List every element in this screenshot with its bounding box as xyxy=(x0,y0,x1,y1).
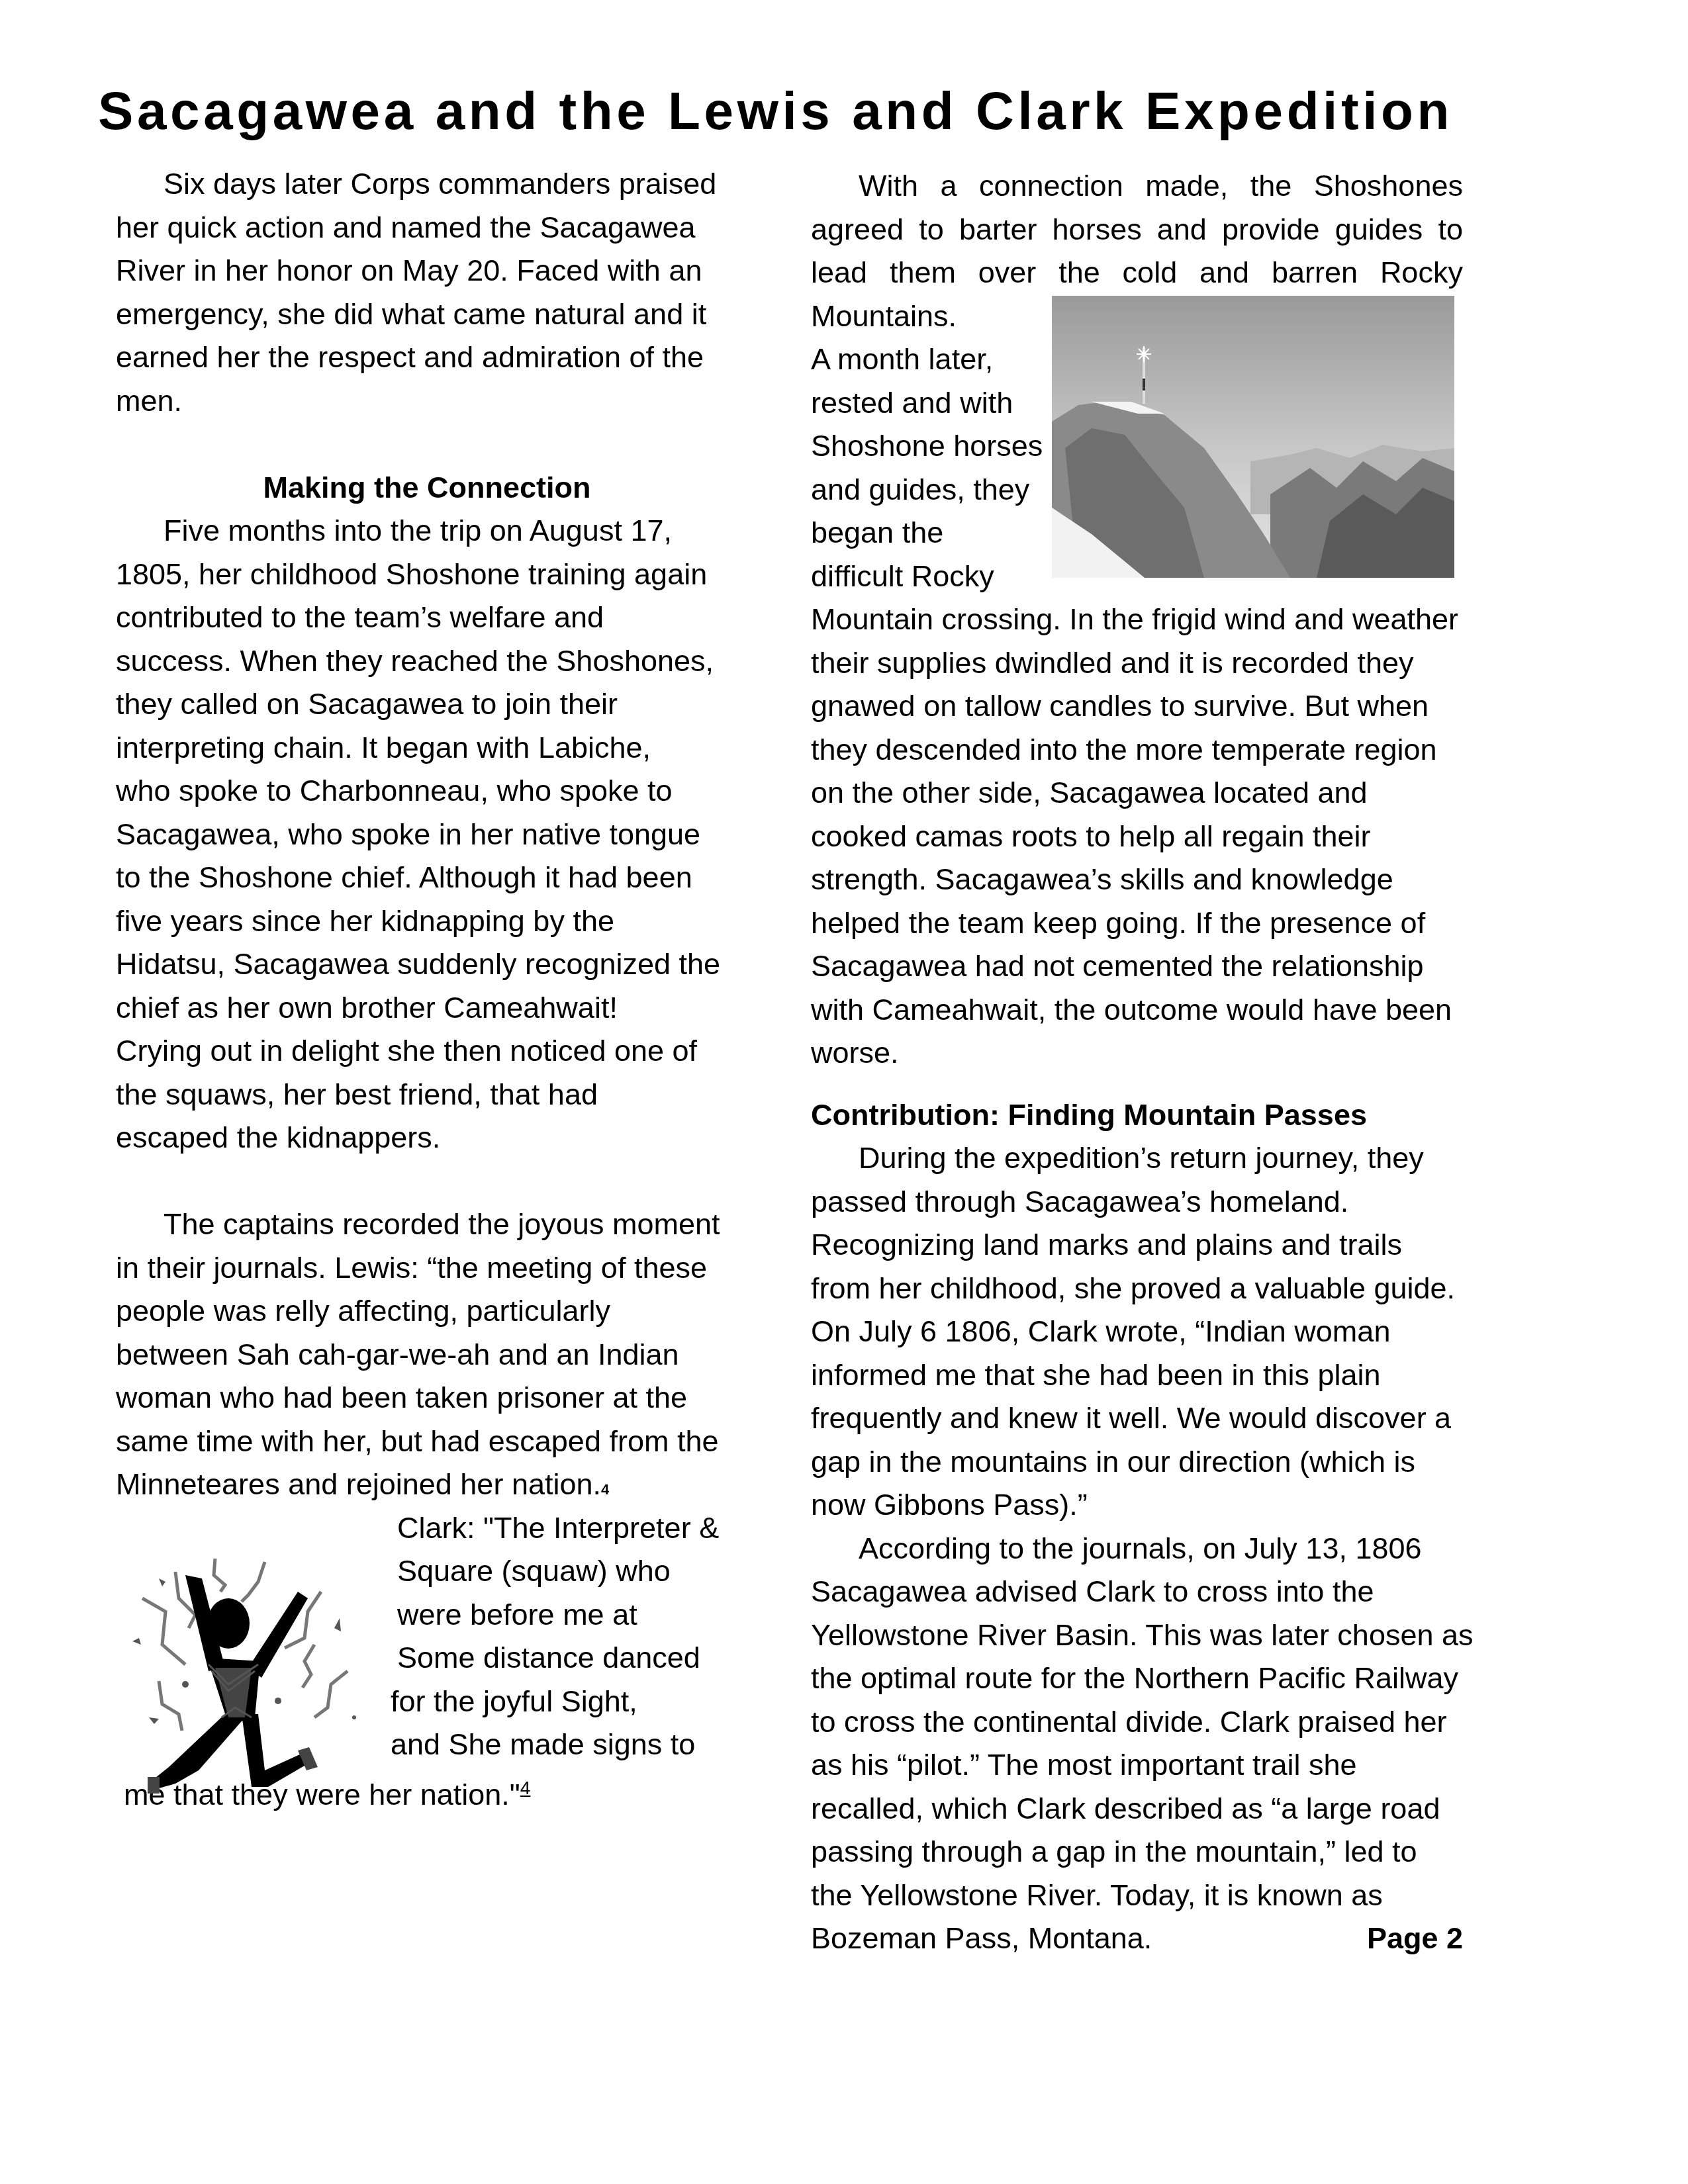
word: connection xyxy=(979,164,1123,208)
text-line: passed through Sacagawea’s homeland. xyxy=(811,1180,1463,1224)
text-line: cooked camas roots to help all regain th… xyxy=(811,815,1463,858)
word: Rocky xyxy=(1380,251,1463,295)
text-line: the squaws, her best friend, that had xyxy=(116,1073,738,1116)
text-line: strength. Sacagawea’s skills and knowled… xyxy=(811,858,1463,901)
word: made, xyxy=(1145,164,1228,208)
text-line: same time with her, but had escaped from… xyxy=(116,1420,738,1463)
text-line: earned her the respect and admiration of… xyxy=(116,336,738,379)
text-line: in their journals. Lewis: “the meeting o… xyxy=(116,1246,738,1290)
text-line: escaped the kidnappers. xyxy=(116,1116,738,1160)
text-line: frequently and knew it well. We would di… xyxy=(811,1396,1463,1440)
word: barren xyxy=(1272,251,1358,295)
text-line: who spoke to Charbonneau, who spoke to xyxy=(116,769,738,813)
word: agreed xyxy=(811,208,904,251)
text-line: five years since her kidnapping by the xyxy=(116,899,738,943)
text-line: interpreting chain. It began with Labich… xyxy=(116,726,738,770)
word: to xyxy=(919,208,944,251)
text-line: now Gibbons Pass).” xyxy=(811,1483,1463,1527)
word: Shoshones xyxy=(1314,164,1463,208)
text-line: with Cameahwait, the outcome would have … xyxy=(811,988,1463,1032)
text-line: from her childhood, she proved a valuabl… xyxy=(811,1267,1463,1310)
text-line: passing through a gap in the mountain,” … xyxy=(811,1830,1463,1874)
footnote-marker: 4 xyxy=(601,1481,609,1498)
text-line: chief as her own brother Cameahwait! xyxy=(116,986,738,1030)
text-line: contributed to the team’s welfare and xyxy=(116,596,738,639)
word: barter xyxy=(959,208,1037,251)
word: the xyxy=(1058,251,1100,295)
word: provide xyxy=(1222,208,1320,251)
text-line: Minneteares and rejoined her nation.4 xyxy=(116,1463,738,1506)
word: and xyxy=(1199,251,1249,295)
section-heading-making-connection: Making the Connection xyxy=(116,466,738,510)
word: a xyxy=(940,164,957,208)
paragraph-journals: The captains recorded the joyous momenti… xyxy=(116,1203,738,1506)
page-title: Sacagawea and the Lewis and Clark Expedi… xyxy=(98,85,1453,138)
text-line: people was relly affecting, particularly xyxy=(116,1289,738,1333)
mountain-summit-image xyxy=(1052,296,1454,578)
word: to xyxy=(1438,208,1463,251)
text-line: Recognizing land marks and plains and tr… xyxy=(811,1223,1463,1267)
text-line: informed me that she had been in this pl… xyxy=(811,1353,1463,1397)
text-line: emergency, she did what came natural and… xyxy=(116,293,738,336)
text-line: Bozeman Pass, Montana.Page 2 xyxy=(811,1917,1463,1960)
text-line: to the Shoshone chief. Although it had b… xyxy=(116,856,738,899)
footnote-link[interactable]: 4 xyxy=(520,1778,531,1798)
text-line: her quick action and named the Sacagawea xyxy=(116,206,738,250)
word: the xyxy=(1250,164,1292,208)
word: With xyxy=(859,164,918,208)
text-line: they descended into the more temperate r… xyxy=(811,728,1463,772)
paragraph-connection: Five months into the trip on August 17,1… xyxy=(116,509,738,1160)
text-line: The captains recorded the joyous moment xyxy=(116,1203,738,1246)
word: guides xyxy=(1335,208,1423,251)
text-line: success. When they reached the Shoshones… xyxy=(116,639,738,683)
text-line: Six days later Corps commanders praised xyxy=(116,162,738,206)
text-line: Sacagawea had not cemented the relations… xyxy=(811,944,1463,988)
word: cold xyxy=(1123,251,1178,295)
word: and xyxy=(1157,208,1207,251)
text-line: Withaconnectionmade,theShoshones xyxy=(811,164,1463,208)
text-line: their supplies dwindled and it is record… xyxy=(811,641,1463,685)
text-line: Sacagawea advised Clark to cross into th… xyxy=(811,1570,1463,1614)
text-line: On July 6 1806, Clark wrote, “Indian wom… xyxy=(811,1310,1463,1353)
paragraph-mountain-crossing: Mountain crossing. In the frigid wind an… xyxy=(811,598,1463,1075)
text-line: woman who had been taken prisoner at the xyxy=(116,1376,738,1420)
paragraph-shoshone-barter: Withaconnectionmade,theShoshonesagreedto… xyxy=(811,164,1463,295)
dancing-figure-image xyxy=(129,1552,367,1797)
paragraph-praise: Six days later Corps commanders praisedh… xyxy=(116,162,738,422)
text-line: According to the journals, on July 13, 1… xyxy=(811,1527,1463,1570)
quote-line: Clark: "The Interpreter & xyxy=(116,1506,738,1550)
paragraph-yellowstone: According to the journals, on July 13, 1… xyxy=(811,1527,1463,1960)
text-line: Crying out in delight she then noticed o… xyxy=(116,1029,738,1073)
word: them xyxy=(890,251,956,295)
text-line: the optimal route for the Northern Pacif… xyxy=(811,1657,1463,1700)
word: lead xyxy=(811,251,867,295)
text-line: Yellowstone River Basin. This was later … xyxy=(811,1614,1463,1657)
text-line: men. xyxy=(116,379,738,423)
text-line: Five months into the trip on August 17, xyxy=(116,509,738,553)
text-line: between Sah cah-gar-we-ah and an Indian xyxy=(116,1333,738,1377)
text-line: River in her honor on May 20. Faced with… xyxy=(116,249,738,293)
paragraph-return-journey: During the expedition’s return journey, … xyxy=(811,1136,1463,1527)
text-line: Hidatsu, Sacagawea suddenly recognized t… xyxy=(116,942,738,986)
word: over xyxy=(978,251,1037,295)
text-line: worse. xyxy=(811,1031,1463,1075)
text-line: gnawed on tallow candles to survive. But… xyxy=(811,684,1463,728)
text-line: as his “pilot.” The most important trail… xyxy=(811,1743,1463,1787)
text-line: the Yellowstone River. Today, it is know… xyxy=(811,1874,1463,1917)
text-line: helped the team keep going. If the prese… xyxy=(811,901,1463,945)
text-line: Mountain crossing. In the frigid wind an… xyxy=(811,598,1463,641)
text-line: gap in the mountains in our direction (w… xyxy=(811,1440,1463,1484)
text-line: they called on Sacagawea to join their xyxy=(116,682,738,726)
section-heading-mountain-passes: Contribution: Finding Mountain Passes xyxy=(811,1093,1463,1137)
text-line: Sacagawea, who spoke in her native tongu… xyxy=(116,813,738,856)
text-line: recalled, which Clark described as “a la… xyxy=(811,1787,1463,1831)
text-line: During the expedition’s return journey, … xyxy=(811,1136,1463,1180)
text-line: on the other side, Sacagawea located and xyxy=(811,771,1463,815)
page-number: Page 2 xyxy=(1367,1917,1463,1960)
text-line: to cross the continental divide. Clark p… xyxy=(811,1700,1463,1744)
word: horses xyxy=(1053,208,1142,251)
text-line: 1805, her childhood Shoshone training ag… xyxy=(116,553,738,596)
text-line: leadthemoverthecoldandbarrenRocky xyxy=(811,251,1463,295)
text-line: agreedtobarterhorsesandprovideguidesto xyxy=(811,208,1463,251)
